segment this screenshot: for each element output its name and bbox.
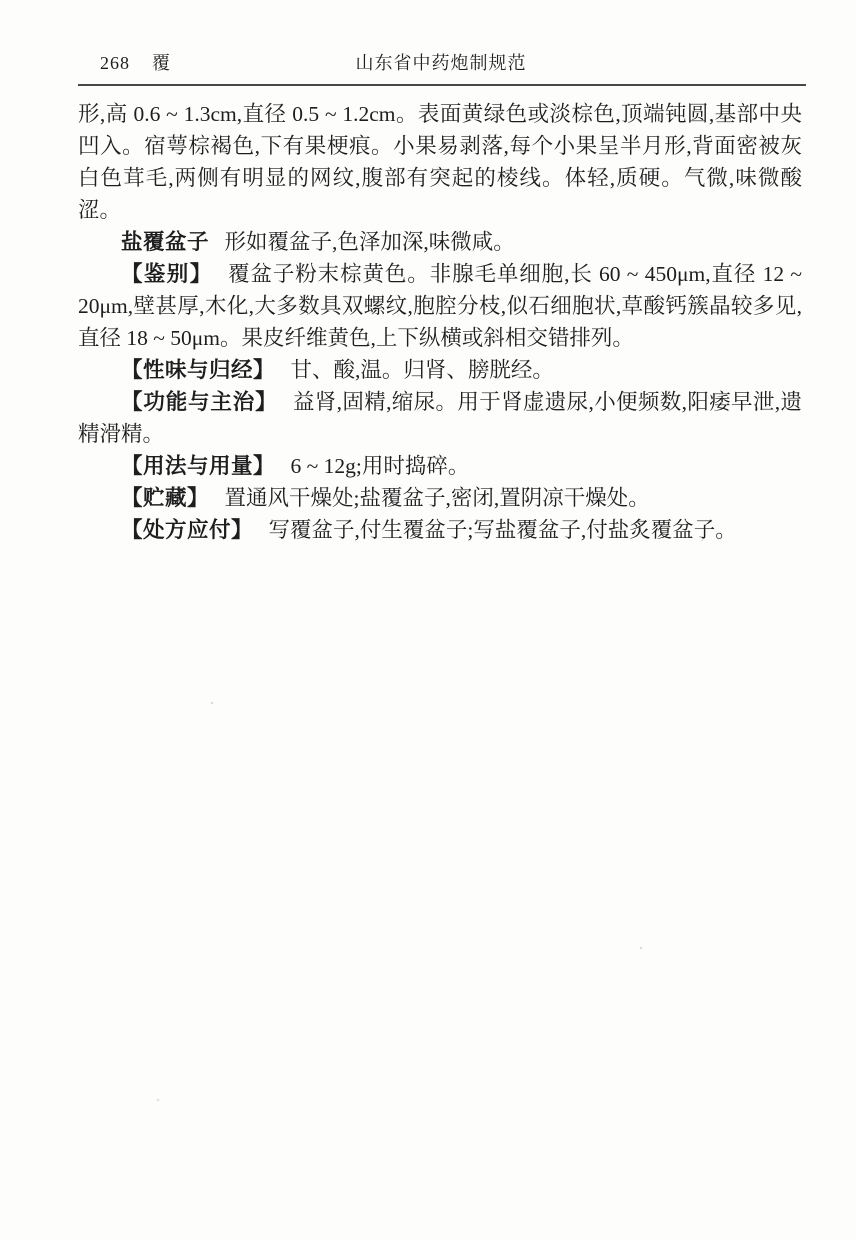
entry-text: 6 ~ 12g;用时捣碎。 [290,454,469,478]
entry-label: 【鉴别】 [121,262,228,286]
scanned-book-page: 268 覆 山东省中药炮制规范 形,高 0.6 ~ 1.3cm,直径 0.5 ~… [0,0,856,1239]
entry-label: 【用法与用量】 [121,454,290,478]
entry-text: 置通风干燥处;盐覆盆子,密闭,置阴凉干燥处。 [224,486,649,510]
running-title: 山东省中药炮制规范 [78,50,804,76]
entry-dosage-usage: 【用法与用量】6 ~ 12g;用时捣碎。 [78,450,802,482]
entry-text: 甘、酸,温。归肾、膀胱经。 [290,358,553,382]
entry-label: 【处方应付】 [121,518,268,542]
entry-text: 形如覆盆子,色泽加深,味微咸。 [224,230,514,254]
entry-property-meridian: 【性味与归经】甘、酸,温。归肾、膀胱经。 [78,354,802,386]
header-divider-line [78,84,806,86]
entry-storage: 【贮藏】置通风干燥处;盐覆盆子,密闭,置阴凉干燥处。 [78,482,802,514]
page-body: 形,高 0.6 ~ 1.3cm,直径 0.5 ~ 1.2cm。表面黄绿色或淡棕色… [78,98,802,546]
page-header: 268 覆 山东省中药炮制规范 [78,50,804,76]
entry-text: 写覆盆子,付生覆盆子;写盐覆盆子,付盐炙覆盆子。 [268,518,736,542]
entry-label: 【功能与主治】 [121,390,293,414]
entry-label: 【贮藏】 [121,486,224,510]
entry-function-indication: 【功能与主治】益肾,固精,缩尿。用于肾虚遗尿,小便频数,阳痿早泄,遗精滑精。 [78,386,802,450]
entry-prescription-dispensing: 【处方应付】写覆盆子,付生覆盆子;写盐覆盆子,付盐炙覆盆子。 [78,514,802,546]
entry-label: 盐覆盆子 [121,230,224,254]
entry-salt-fupenzi: 盐覆盆子形如覆盆子,色泽加深,味微咸。 [78,226,802,258]
entry-identification: 【鉴别】覆盆子粉末棕黄色。非腺毛单细胞,长 60 ~ 450μm,直径 12 ~… [78,258,802,354]
paragraph-description-continuation: 形,高 0.6 ~ 1.3cm,直径 0.5 ~ 1.2cm。表面黄绿色或淡棕色… [78,98,802,226]
entry-label: 【性味与归经】 [121,358,290,382]
